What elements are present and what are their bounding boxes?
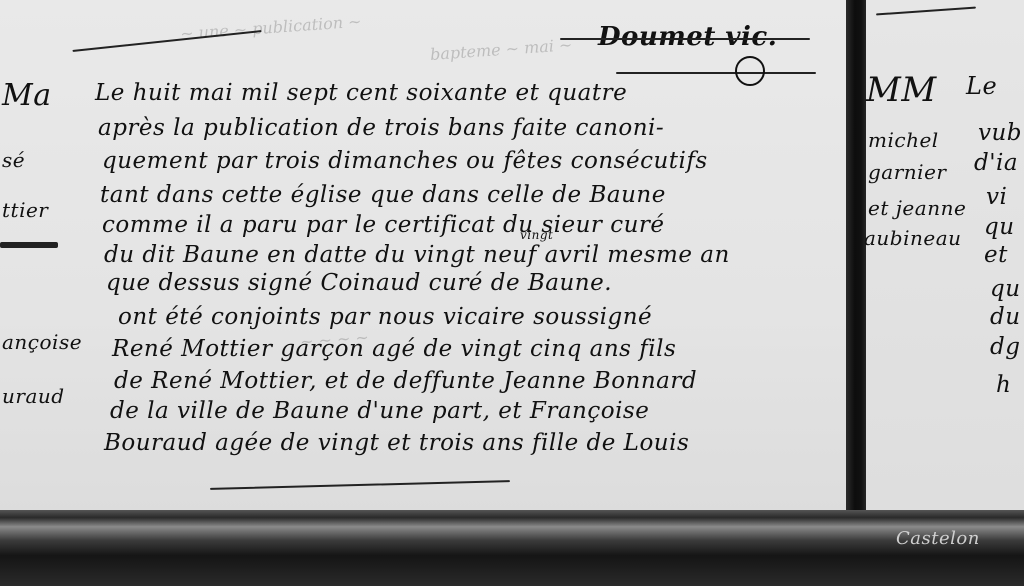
header-signature: Doumet vic. xyxy=(598,22,777,52)
margin-name: aubineau xyxy=(864,226,962,250)
record-line: de René Mottier, et de deffunte Jeanne B… xyxy=(114,368,697,394)
bleed-through-text: bapteme ~ mai ~ xyxy=(430,35,573,64)
record-line: tant dans cette église que dans celle de… xyxy=(100,182,666,208)
signature-paraph-icon xyxy=(735,56,765,86)
signature-flourish-line xyxy=(616,72,816,74)
record-fragment: d'ia xyxy=(974,150,1018,176)
record-line: comme il a paru par le certificat du sie… xyxy=(102,212,665,238)
margin-fragment: ançoise xyxy=(2,330,82,354)
record-fragment: et xyxy=(984,242,1008,268)
register-scan: ~ une ~ publication ~ bapteme ~ mai ~ ~ … xyxy=(0,0,1024,586)
record-line: Bouraud agée de vingt et trois ans fille… xyxy=(104,430,689,456)
signature-underline xyxy=(560,38,810,40)
left-page: ~ une ~ publication ~ bapteme ~ mai ~ ~ … xyxy=(0,0,848,520)
interlinear-insertion: vingt xyxy=(520,228,553,242)
margin-title: MM xyxy=(866,70,937,110)
margin-fragment: sé xyxy=(2,148,25,172)
margin-bar xyxy=(0,242,58,248)
record-fragment: qu xyxy=(984,214,1015,240)
book-gutter xyxy=(846,0,868,586)
margin-name: et jeanne xyxy=(868,196,966,220)
margin-fragment: Ma xyxy=(2,78,52,113)
record-line: que dessus signé Coinaud curé de Baune. xyxy=(106,270,612,296)
margin-fragment: ttier xyxy=(2,198,48,222)
bottom-annotation: Castelon xyxy=(896,528,980,549)
record-fragment: vub xyxy=(978,120,1022,146)
record-fragment: dg xyxy=(990,334,1020,360)
page-bottom-edge: Castelon xyxy=(0,510,1024,586)
margin-name: garnier xyxy=(868,160,946,184)
margin-fragment: uraud xyxy=(2,384,65,408)
record-line: ont été conjoints par nous vicaire souss… xyxy=(118,304,652,330)
record-line: du dit Baune en datte du vingt neuf avri… xyxy=(104,242,730,268)
record-line: de la ville de Baune d'une part, et Fran… xyxy=(110,398,649,424)
record-line: après la publication de trois bans faite… xyxy=(98,115,664,141)
record-line: Le huit mai mil sept cent soixante et qu… xyxy=(95,80,627,106)
record-line: quement par trois dimanches ou fêtes con… xyxy=(102,148,708,174)
ruled-stroke xyxy=(876,7,976,16)
record-fragment: vi xyxy=(986,184,1007,210)
record-line: René Mottier garçon agé de vingt cinq an… xyxy=(112,336,676,362)
record-fragment: Le xyxy=(966,72,997,100)
record-fragment: du xyxy=(990,304,1021,330)
right-page: MM Le michel garnier et jeanne aubineau … xyxy=(866,0,1024,510)
ruled-stroke xyxy=(72,30,261,52)
closing-flourish xyxy=(210,480,510,490)
record-fragment: qu xyxy=(990,276,1021,302)
record-fragment: h xyxy=(996,372,1011,398)
bleed-through-text: ~ une ~ publication ~ xyxy=(180,12,363,44)
margin-name: michel xyxy=(868,128,939,152)
